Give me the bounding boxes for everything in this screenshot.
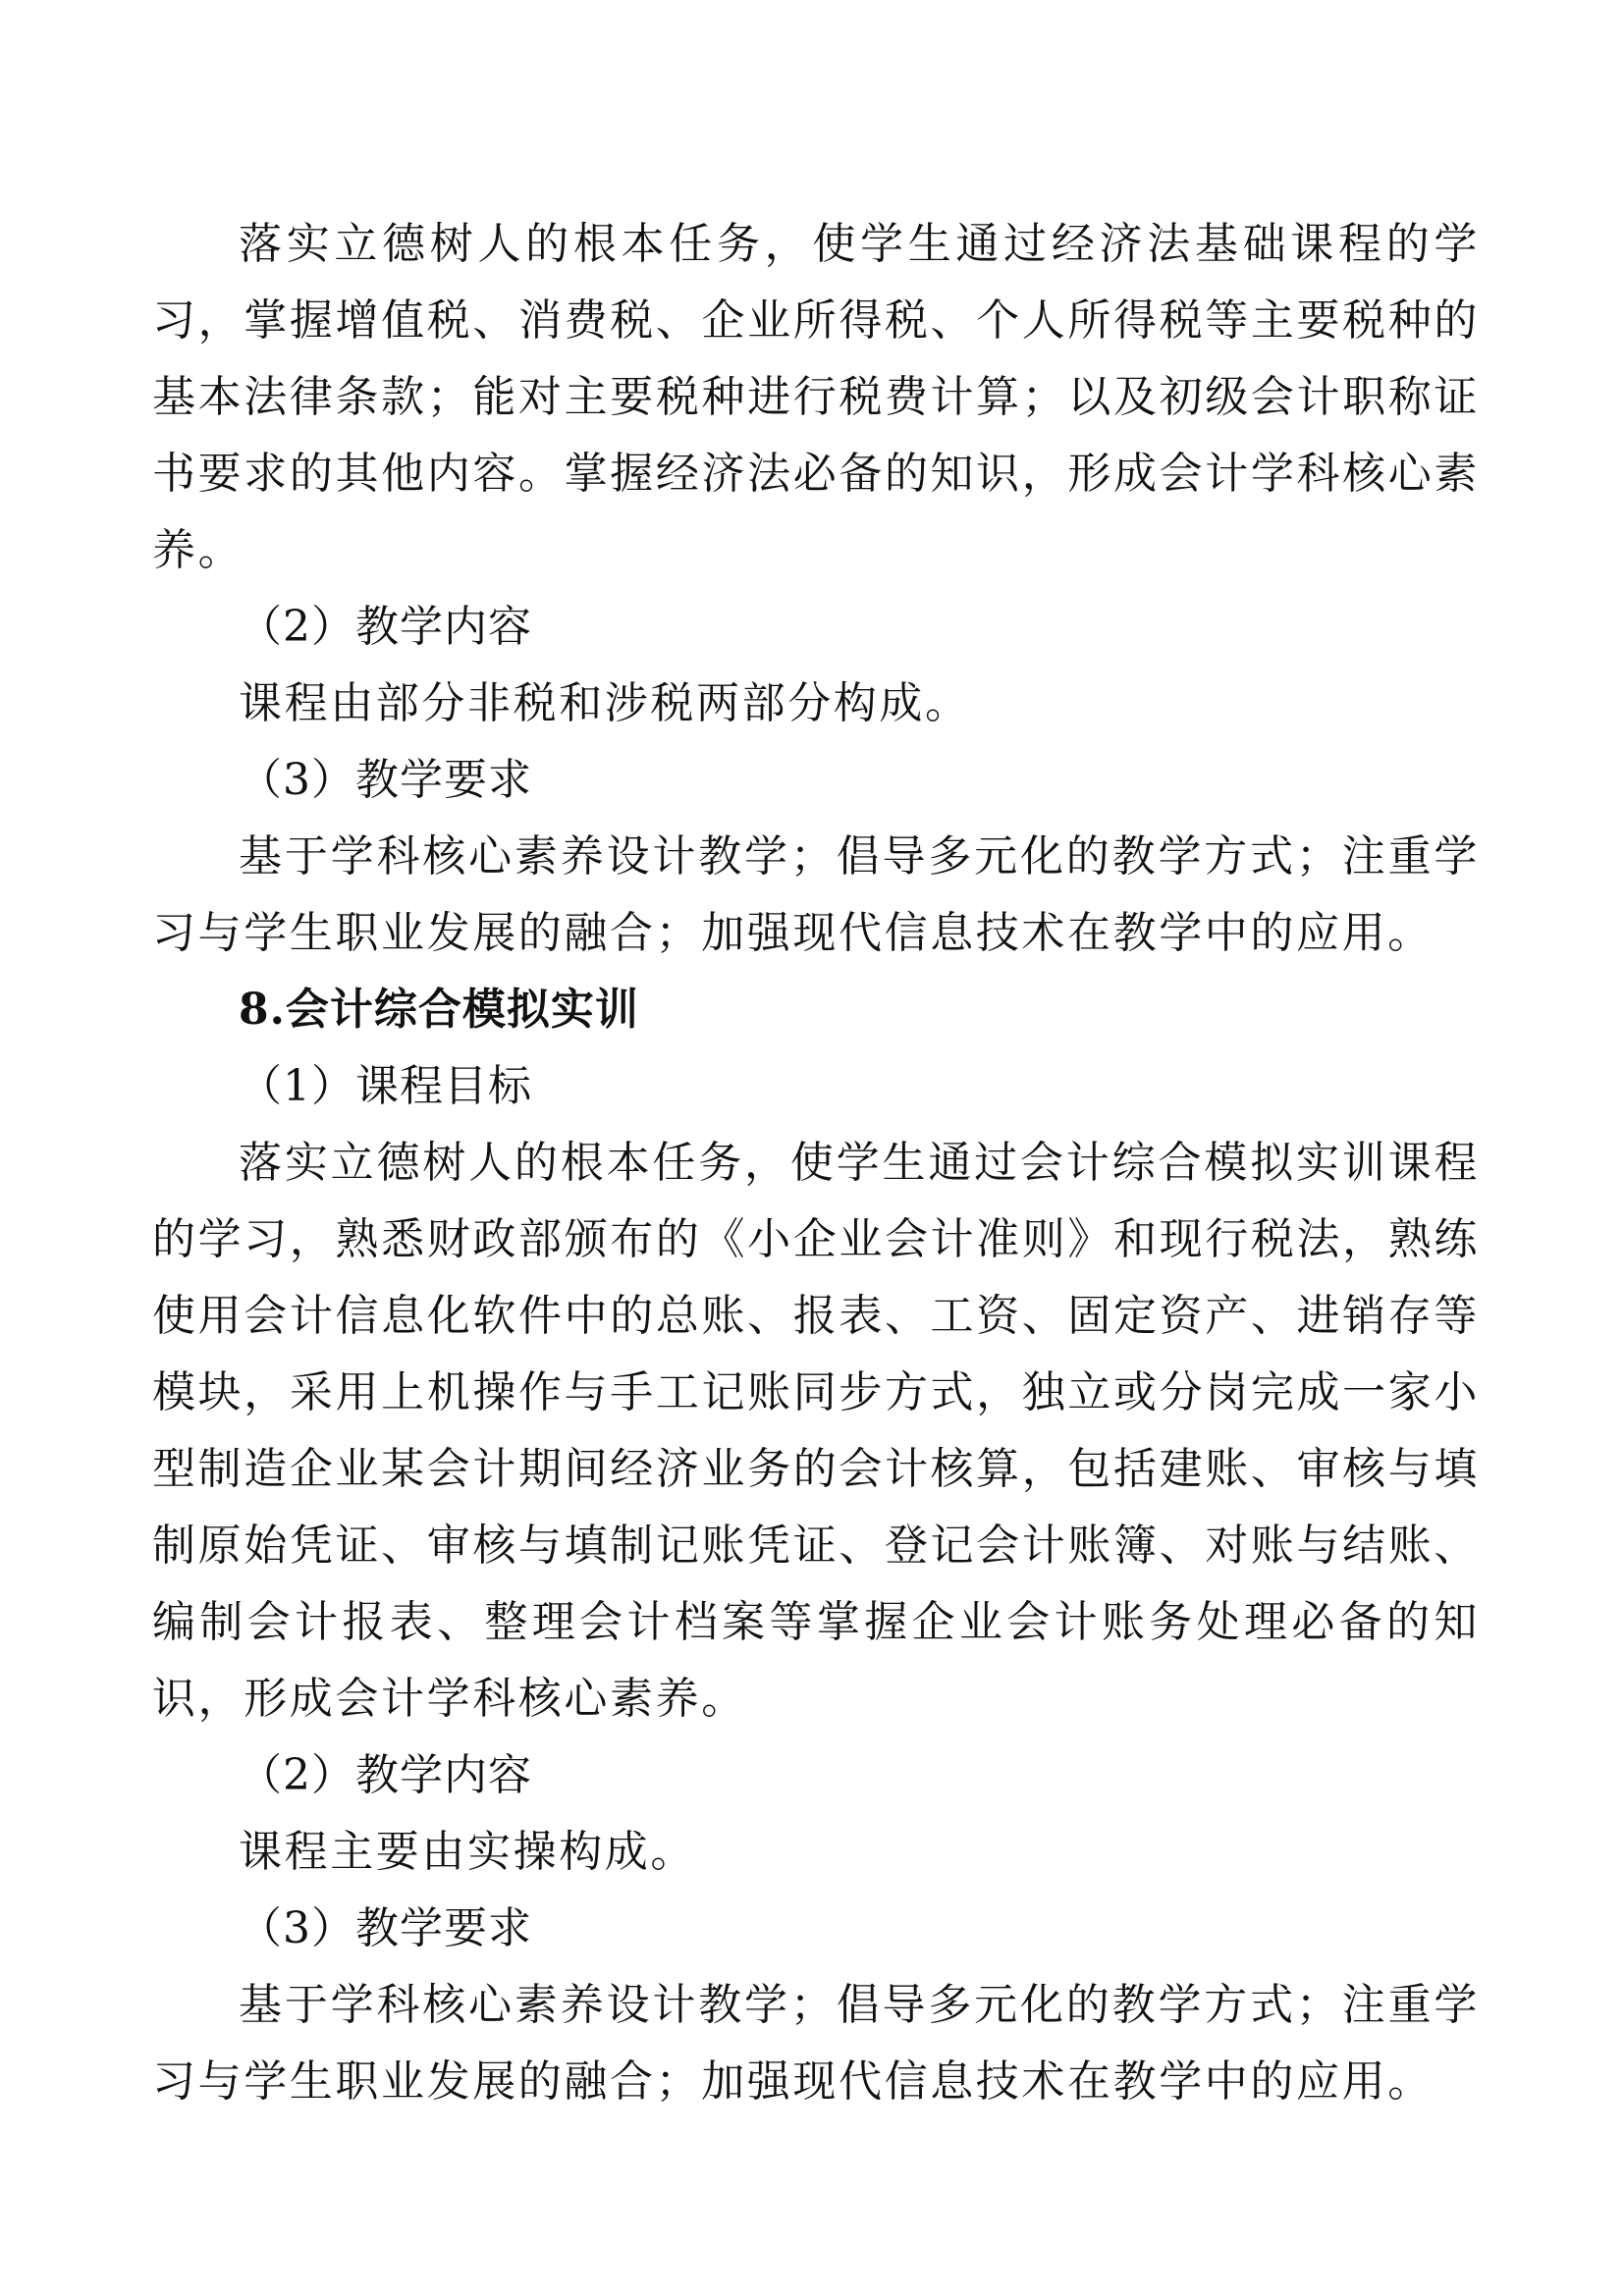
document-page: 落实立德树人的根本任务，使学生通过经济法基础课程的学习，掌握增值税、消费税、企业…	[152, 206, 1480, 2120]
prev-requirement-paragraph: 基于学科核心素养设计教学；倡导多元化的教学方式；注重学习与学生职业发展的融合；加…	[152, 819, 1480, 972]
prev-content-paragraph: 课程由部分非税和涉税两部分构成。	[152, 666, 1480, 742]
section-8-goal-paragraph: 落实立德树人的根本任务，使学生通过会计综合模拟实训课程的学习，熟悉财政部颁布的《…	[152, 1125, 1480, 1737]
section-8-requirement-paragraph: 基于学科核心素养设计教学；倡导多元化的教学方式；注重学习与学生职业发展的融合；加…	[152, 1967, 1480, 2120]
prev-requirement-heading: （3）教学要求	[152, 742, 1480, 819]
section-8-content-heading: （2）教学内容	[152, 1737, 1480, 1814]
prev-content-heading: （2）教学内容	[152, 589, 1480, 666]
section-8-requirement-heading: （3）教学要求	[152, 1891, 1480, 1967]
prev-course-goal-paragraph: 落实立德树人的根本任务，使学生通过经济法基础课程的学习，掌握增值税、消费税、企业…	[152, 206, 1480, 589]
section-8-goal-heading: （1）课程目标	[152, 1048, 1480, 1125]
section-8-content-paragraph: 课程主要由实操构成。	[152, 1814, 1480, 1891]
section-8-title: 8.会计综合模拟实训	[152, 972, 1480, 1048]
